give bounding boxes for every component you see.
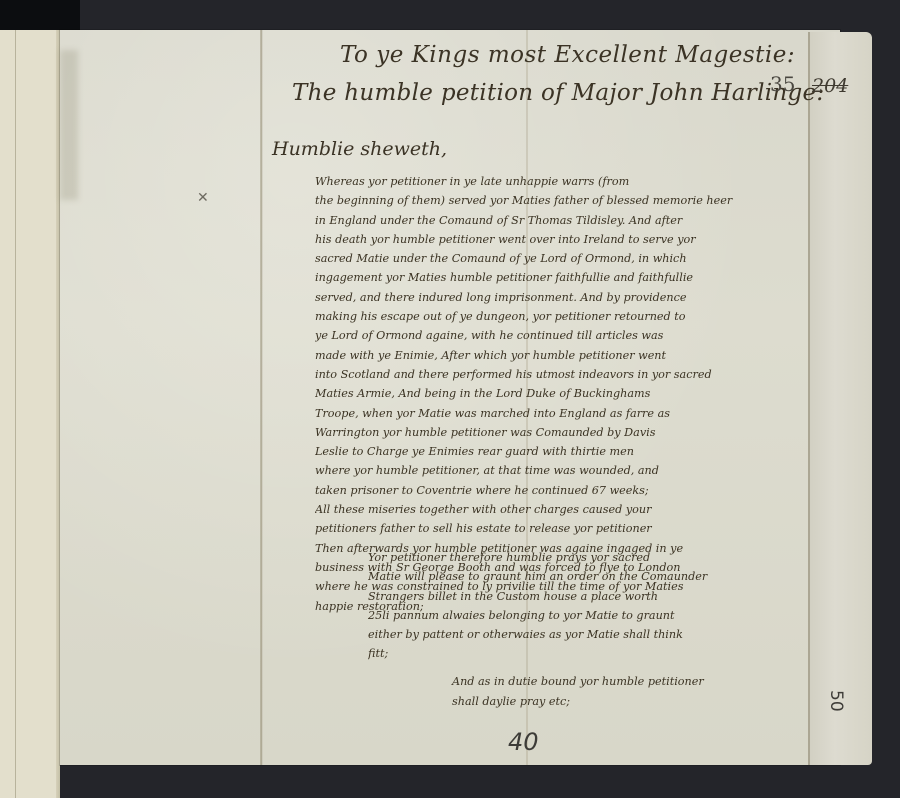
bottom-page-number: 40 — [508, 728, 539, 756]
prayer-line: fitt; — [368, 644, 818, 663]
body-line: the beginning of them) served yor Maties… — [315, 191, 815, 210]
body-line: making his escape out of ye dungeon, yor… — [315, 307, 815, 326]
water-stain — [60, 50, 78, 200]
side-page-number: 50 — [826, 690, 846, 712]
petition-prayer: Yor petitioner therefore humblie prays y… — [368, 548, 818, 664]
body-line: his death yor humble petitioner went ove… — [315, 230, 815, 249]
address-line: To ye Kings most Excellent Magestie: — [340, 42, 795, 68]
prayer-line: 25li pannum alwaies belonging to yor Mat… — [368, 606, 818, 625]
body-line: in England under the Comaund of Sr Thoma… — [315, 211, 815, 230]
body-line: Warrington yor humble petitioner was Com… — [315, 423, 815, 442]
body-line: ingagement yor Maties humble petitioner … — [315, 268, 815, 287]
prayer-line: Matie will please to graunt him an order… — [368, 567, 818, 586]
petition-closing: And as in dutie bound yor humble petitio… — [452, 672, 832, 712]
body-line: All these miseries together with other c… — [315, 500, 815, 519]
body-line: served, and there indured long imprisonm… — [315, 288, 815, 307]
body-line: Troope, when yor Matie was marched into … — [315, 404, 815, 423]
prayer-line: either by pattent or otherwaies as yor M… — [368, 625, 818, 644]
body-line: petitioners father to sell his estate to… — [315, 519, 815, 538]
body-line: ye Lord of Ormond againe, with he contin… — [315, 326, 815, 345]
body-line: into Scotland and there performed his ut… — [315, 365, 815, 384]
binding-rule-line — [15, 30, 16, 798]
margin-cross-mark-icon: ✕ — [197, 190, 209, 206]
salutation: Humblie sheweth, — [272, 138, 447, 160]
body-line: taken prisoner to Coventrie where he con… — [315, 481, 815, 500]
body-line: Maties Armie, And being in the Lord Duke… — [315, 384, 815, 403]
body-line: Whereas yor petitioner in ye late unhapp… — [315, 172, 815, 191]
old-folio-number: 204 — [812, 75, 848, 97]
prayer-line: Strangers billet in the Custom house a p… — [368, 587, 818, 606]
body-line: sacred Matie under the Comaund of ye Lor… — [315, 249, 815, 268]
prayer-line: Yor petitioner therefore humblie prays y… — [368, 548, 818, 567]
vertical-fold-line — [260, 30, 263, 765]
scanner-background-top — [0, 0, 80, 30]
petition-title: The humble petition of Major John Harlin… — [292, 80, 825, 106]
body-line: Leslie to Charge ye Enimies rear guard w… — [315, 442, 815, 461]
folio-number: 35 — [770, 72, 795, 96]
body-line: made with ye Enimie, After which yor hum… — [315, 346, 815, 365]
closing-line: shall daylie pray etc; — [452, 692, 832, 712]
closing-line: And as in dutie bound yor humble petitio… — [452, 672, 832, 692]
body-line: where yor humble petitioner, at that tim… — [315, 461, 815, 480]
binding-guard-strip — [0, 30, 60, 798]
